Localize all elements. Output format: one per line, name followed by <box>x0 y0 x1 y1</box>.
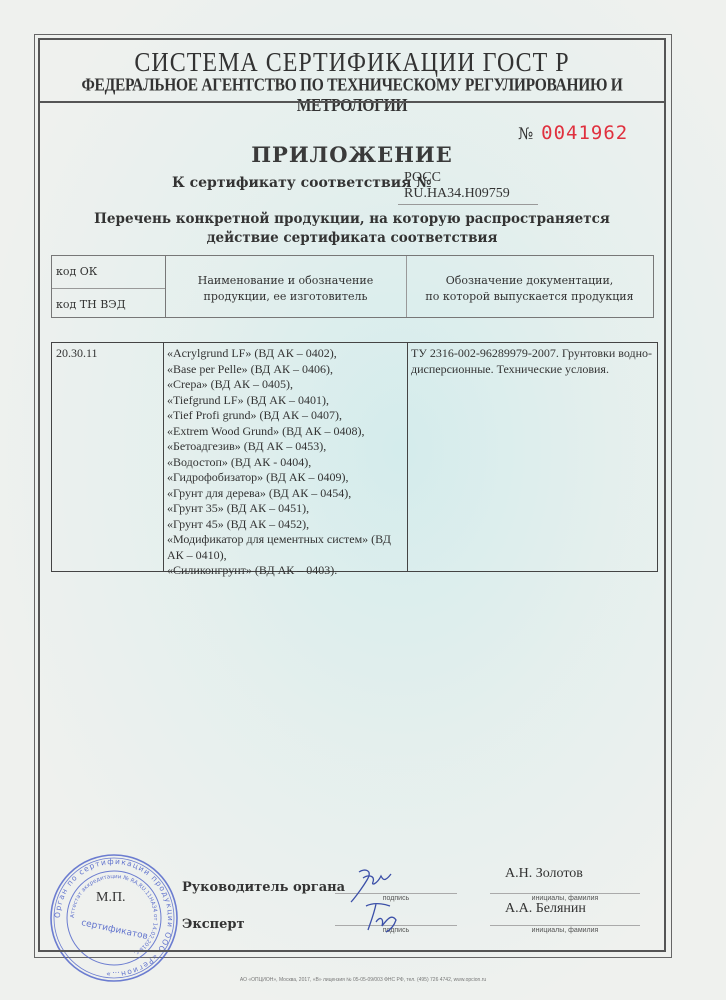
expert-name: А.А. Белянин <box>505 901 586 917</box>
product-item: «Acrylgrund LF» (ВД АК – 0402), <box>167 346 403 362</box>
documentation-column-header: Обозначение документации, по которой вып… <box>406 256 653 317</box>
code-column-header: код ОК код ТН ВЭД <box>52 256 166 317</box>
stamp-inner-text: Аттестат аккредитации № RA.RU.11НА34 от … <box>70 874 158 957</box>
svg-text:Аттестат аккредитации № RA.RU.: Аттестат аккредитации № RA.RU.11НА34 от … <box>70 874 158 957</box>
form-number-label: № <box>518 124 533 143</box>
seal-stamp: Орган по сертификации продукции ООО «Рег… <box>48 852 180 984</box>
product-item: «Tiefgrund LF» (ВД АК – 0401), <box>167 393 403 409</box>
product-list-title-line2: действие сертификата соответствия <box>40 229 664 248</box>
documentation-cell: ТУ 2316-002-96289979-2007. Грунтовки вод… <box>407 343 657 571</box>
table-header: код ОК код ТН ВЭД Наименование и обознач… <box>51 255 654 318</box>
code-ok-label: код ОК <box>56 265 97 278</box>
product-item: «Грунт для дерева» (ВД АК – 0454), <box>167 486 403 502</box>
product-item: «Tief Profi grund» (ВД АК – 0407), <box>167 408 403 424</box>
code-tnved-label: код ТН ВЭД <box>56 298 126 311</box>
product-item: АК – 0410), <box>167 548 403 564</box>
product-item: «Водостоп» (ВД АК - 0404), <box>167 455 403 471</box>
table-row: 20.30.11 «Acrylgrund LF» (ВД АК – 0402),… <box>51 342 658 572</box>
expert-label: Эксперт <box>182 917 245 932</box>
head-name: А.Н. Золотов <box>505 866 583 882</box>
expert-name-line <box>490 925 640 926</box>
product-column-header: Наименование и обозначение продукции, ее… <box>165 256 407 317</box>
products-cell: «Acrylgrund LF» (ВД АК – 0402),«Base per… <box>163 343 408 571</box>
certificate-number: РОСС RU.HA34.H09759 <box>398 170 538 205</box>
product-item: «Crepa» (ВД АК – 0405), <box>167 377 403 393</box>
agency-title: ФЕДЕРАЛЬНОЕ АГЕНТСТВО ПО ТЕХНИЧЕСКОМУ РЕ… <box>40 75 664 116</box>
product-item: «Модификатор для цементных систем» (ВД <box>167 532 403 548</box>
product-item: «Бетоадгезив» (ВД АК – 0453), <box>167 439 403 455</box>
expert-signature <box>362 900 402 934</box>
seal-placeholder-label: М.П. <box>96 890 126 906</box>
head-name-line <box>490 893 640 894</box>
stamp-center-text: сертификатов <box>80 918 148 942</box>
head-label: Руководитель органа <box>182 880 345 895</box>
footer-divider <box>38 950 666 952</box>
expert-name-caption: инициалы, фамилия <box>490 927 640 934</box>
form-number: №0041962 <box>518 122 628 144</box>
code-cell: 20.30.11 <box>52 343 164 571</box>
printer-imprint: АО «ОПЦИОН», Москва, 2017, «В» лицензия … <box>0 977 726 983</box>
header-divider <box>40 101 664 103</box>
product-list-title: Перечень конкретной продукции, на котору… <box>40 210 664 248</box>
product-item: «Extrem Wood Grund» (ВД АК – 0408), <box>167 424 403 440</box>
form-number-value: 0041962 <box>541 122 628 144</box>
product-item: «Силиконгрунт» (ВД АК – 0403). <box>167 563 403 579</box>
product-item: «Грунт 35» (ВД АК – 0451), <box>167 501 403 517</box>
page-title: ПРИЛОЖЕНИЕ <box>40 142 664 167</box>
product-item: «Гидрофобизатор» (ВД АК – 0409), <box>167 470 403 486</box>
product-item: «Base per Pelle» (ВД АК – 0406), <box>167 362 403 378</box>
product-list-title-line1: Перечень конкретной продукции, на котору… <box>40 210 664 229</box>
product-item: «Грунт 45» (ВД АК – 0452), <box>167 517 403 533</box>
certificate-label: К сертификату соответствия № <box>172 175 432 191</box>
